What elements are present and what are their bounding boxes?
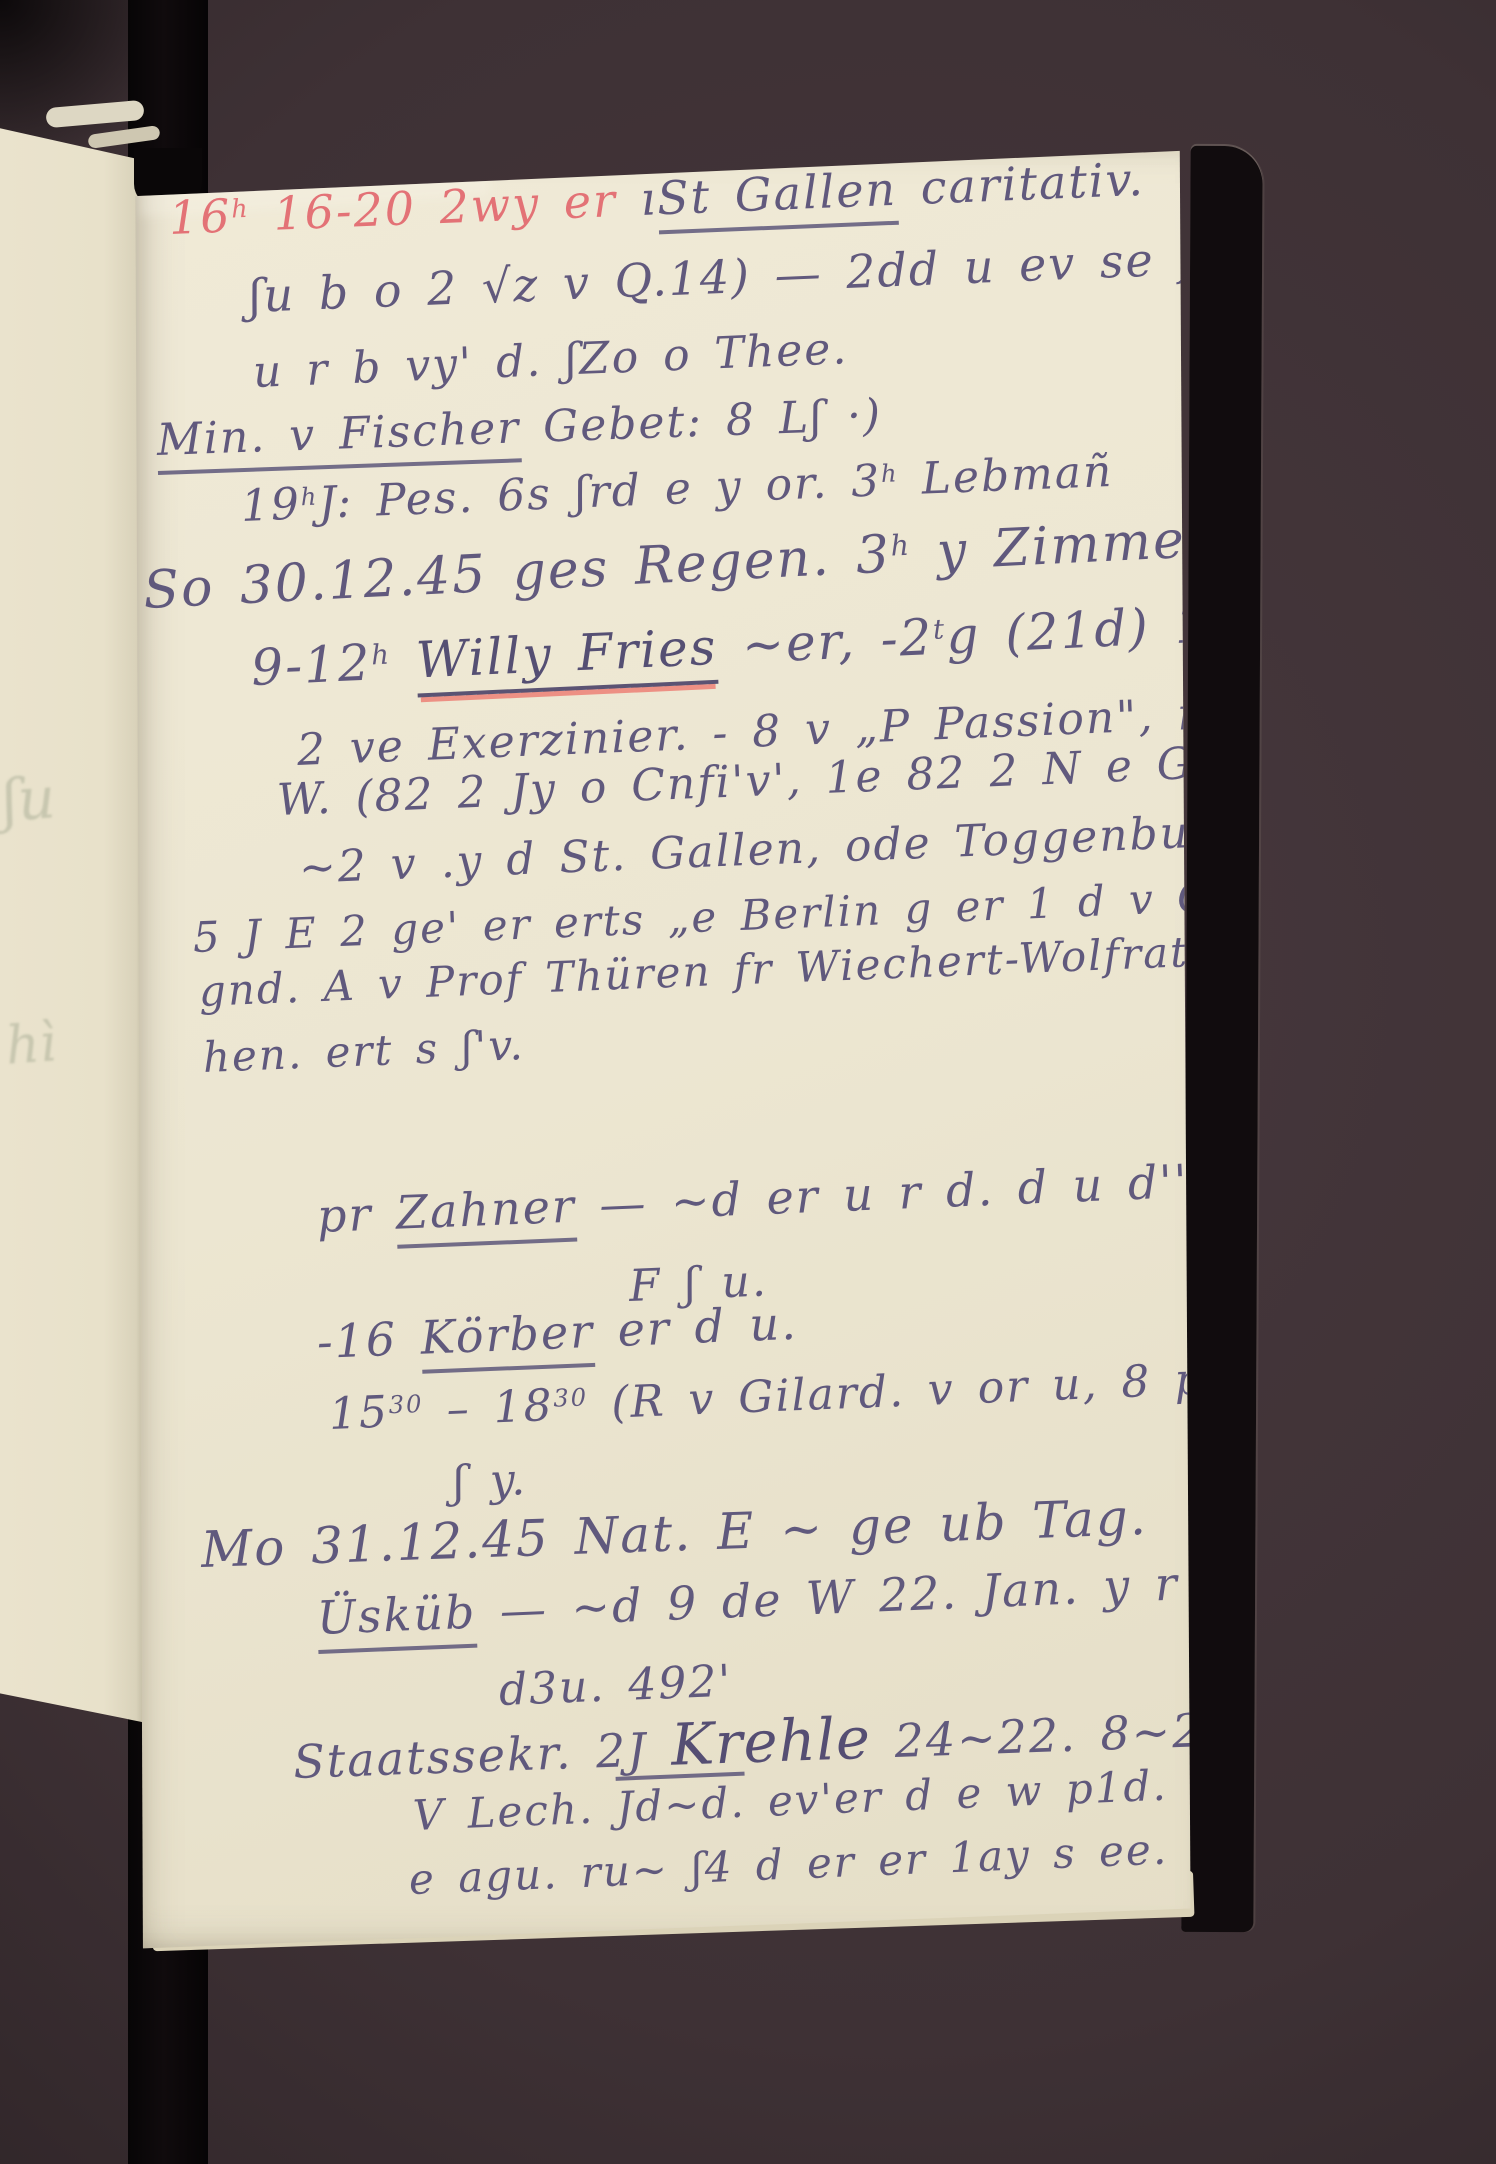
handwriting-segment: St Gallen [656,162,898,235]
handwriting-segment: Üsküb [316,1585,478,1654]
handwriting-segment: g (21d) 1½ 6) [945,590,1340,666]
handwriting-segment: So 30.12.45 ges Regen. 3 [142,524,892,620]
handwriting-segment: Lebmañ [898,446,1115,506]
handwriting-segment: 30 [553,1383,589,1412]
entry-line-24: e agu. ru~ ʃ4 d er er 1ay s ee. [408,1826,1169,1905]
handwriting-segment: V Lech. [412,1783,618,1840]
handwriting-segment: d3u. 492' [498,1656,733,1716]
handwriting-segment: h [231,194,250,224]
handwriting-segment: 24~22. 8~2 [870,1703,1204,1769]
handwriting-segment: 16 [168,188,233,244]
handwriting-segment: ʃ y. [452,1454,528,1508]
handwriting-segment: er d u. [593,1296,799,1358]
handwriting-segment: Gebet: 8 Lʃ ·) [519,390,883,454]
handwriting-segment: Jd~d. [615,1772,746,1832]
entry-line-2: ʃu b o 2 √z v Q.14) — 2dd u ev se fande [248,227,1320,323]
bleed-through-mark: ʃu [0,763,57,835]
handwriting-segment: Krehle [670,1705,872,1779]
photo-of-notebook: { "colors": { "ink": "#58517a", "red_pen… [0,0,1496,2164]
handwriting-segment: pr [316,1186,397,1243]
handwriting-segment: h [300,483,319,512]
facing-page-edge: ʃuhì [0,105,148,1763]
notebook-page: 16h 16-20 2wy er ıSt Gallen caritativ.ʃu… [130,140,1210,1952]
handwriting-segment: Min. v Fischer [156,402,521,475]
entry-line-16: -16 Körber er d u. [316,1297,799,1369]
handwriting-segment: -16 [316,1311,422,1369]
entry-line-1: 16h 16-20 2wy er ıSt Gallen caritativ. [168,153,1146,245]
handwriting-segment: 30 [388,1390,424,1419]
entry-line-4: Min. v Fischer Gebet: 8 Lʃ ·) [156,391,883,467]
handwriting-segment: caritativ. [896,152,1146,216]
handwriting-segment: ~er, -2 [716,608,935,676]
handwriting-segment: Willy Fries [415,618,719,698]
handwriting-segment: e agu. ru~ ʃ4 d er er 1ay s ee. [408,1825,1169,1904]
handwriting-segment: h [890,528,912,563]
handwriting-segment: h [880,459,899,488]
handwriting-segment: 19 [240,479,302,532]
bleed-through-mark: hì [4,1013,58,1076]
entry-line-14: pr Zahner — ~d er u r d. d u d'' u. [316,1152,1261,1243]
handwriting-segment: (R v Gilard. v or u, 8 p ʃ. [587,1352,1258,1430]
handwriting-segment: Körber [420,1304,596,1374]
handwriting-segment: — ~d 9 de W 22. Jan. y r yʃ [475,1554,1246,1639]
handwriting-segment: – 18 [423,1380,555,1436]
handwriting-segment: u r b vy' d. ʃZo o Thee. [252,323,849,398]
handwriting-segment [390,632,418,691]
entry-line-3: u r b vy' d. ʃZo o Thee. [252,324,849,398]
handwriting-segment: Zahner [395,1179,577,1249]
handwriting-segment: ʃu b o 2 √z v Q.14) — 2dd u ev se fande [248,226,1320,323]
handwriting-segment: 16-20 2wy er [249,172,642,242]
entry-line-21: d3u. 492' [498,1657,733,1717]
back-cover-edge [1181,146,1262,1932]
entry-line-18: ʃ y. [452,1455,528,1509]
handwriting-segment: hen. ert s ʃ'v. [202,1020,525,1082]
handwriting-segment: h [370,639,391,672]
entry-line-13: hen. ert s ʃ'v. [202,1021,525,1082]
handwriting-segment: 15 [328,1387,390,1440]
handwriting-segment: — ~d er u r d. d u d'' u. [575,1151,1262,1232]
handwriting-segment: 9-12 [250,634,373,697]
handwriting-segment: ı [639,171,658,226]
handwriting-segment: y Zimmer [910,509,1214,584]
